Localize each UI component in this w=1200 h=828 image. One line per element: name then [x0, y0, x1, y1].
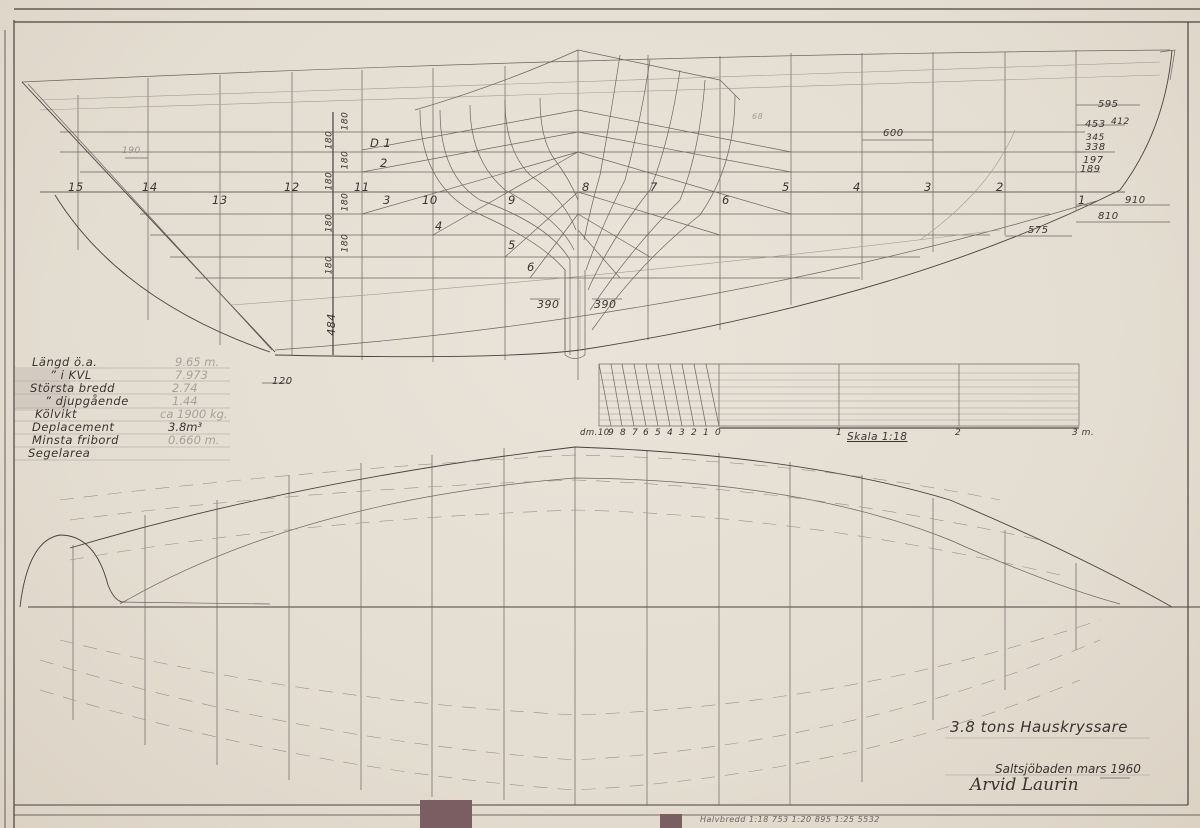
place-date: Saltsjöbaden mars 1960	[995, 762, 1141, 776]
dim-575: 575	[1028, 225, 1049, 236]
spec-value: 7.973	[175, 368, 208, 382]
diagonal-label: D 1	[370, 136, 391, 150]
drawing-title: 3.8 tons Hauskryssare	[950, 718, 1128, 736]
offset-453: 453	[1085, 119, 1106, 130]
dim-180: 180	[340, 151, 350, 170]
dim-390-right: 390	[594, 298, 617, 311]
scale-label: 1	[836, 428, 842, 438]
dim-600: 600	[883, 128, 904, 139]
scale-label: 5	[655, 428, 661, 438]
spec-value: 0.660 m.	[168, 433, 219, 447]
binding-tab	[420, 800, 472, 828]
spec-label: Minsta fribord	[32, 433, 119, 447]
station-label: 14	[142, 180, 158, 194]
binding-tab	[660, 814, 682, 828]
dim-810: 810	[1098, 211, 1119, 222]
diagonal-label: 4	[435, 219, 443, 233]
scale-label: 2	[955, 428, 961, 438]
spec-label: Deplacement	[32, 420, 114, 434]
station-label: 3	[924, 180, 932, 194]
scale-bar	[599, 364, 1079, 428]
scale-label: 8	[620, 428, 626, 438]
scale-label-dm10: dm.10	[580, 428, 610, 438]
scale-label: 3 m.	[1072, 428, 1094, 438]
dim-484: 484	[325, 313, 338, 336]
station-label: 1	[1078, 193, 1086, 207]
footer-note: Halvbredd 1:18 753 1:20 895 1:25 5532	[700, 815, 880, 824]
dim-910: 910	[1125, 195, 1146, 206]
offset-412: 412	[1111, 117, 1130, 127]
dim-120: 120	[272, 376, 293, 387]
diagonal-label: 5	[508, 238, 516, 252]
scale-label: 6	[643, 428, 649, 438]
station-label: 12	[284, 180, 300, 194]
faint-note: 68	[752, 112, 763, 121]
offset-338: 338	[1085, 142, 1106, 153]
profile-view	[22, 50, 1175, 383]
dim-180: 180	[324, 214, 334, 233]
station-label: 2	[996, 180, 1004, 194]
station-label: 8	[582, 180, 590, 194]
dim-180: 180	[340, 234, 350, 253]
offset-595: 595	[1098, 99, 1119, 110]
dim-180: 180	[340, 193, 350, 212]
scale-label: 1	[703, 428, 709, 438]
station-label: 7	[650, 180, 658, 194]
spec-value: 2.74	[172, 381, 198, 395]
drawing-sheet: 15 14 13 12 11 10 9 8 7 6 5 4 3 2 1 D 1 …	[0, 0, 1200, 828]
station-label: 6	[722, 193, 730, 207]
dim-180: 180	[324, 131, 334, 150]
dim-390-left: 390	[537, 298, 560, 311]
spec-label: Största bredd	[30, 381, 115, 395]
spec-label: Segelarea	[28, 446, 90, 460]
station-label: 5	[782, 180, 790, 194]
spec-label: ” djupgående	[45, 394, 129, 408]
signature: Arvid Laurin	[970, 775, 1079, 795]
station-label: 9	[508, 193, 516, 207]
station-label: 11	[354, 180, 370, 194]
half-breadth-view	[20, 447, 1200, 805]
scale-label: 7	[632, 428, 638, 438]
scale-ratio-label: Skala 1:18	[847, 431, 907, 443]
diagonal-label: 2	[380, 156, 388, 170]
spec-value: 1.44	[172, 394, 198, 408]
offset-189: 189	[1080, 164, 1101, 175]
scale-label: 9	[608, 428, 614, 438]
dim-180: 180	[324, 256, 334, 275]
scale-label: 2	[691, 428, 697, 438]
spec-value: 9.65 m.	[175, 355, 219, 369]
scale-label: 3	[679, 428, 685, 438]
diagonal-label: 3	[383, 193, 391, 207]
dim-180: 180	[324, 172, 334, 191]
station-label: 15	[68, 180, 84, 194]
spec-label: Kölvikt	[35, 407, 77, 421]
spec-label: Längd ö.a.	[32, 355, 97, 369]
dim-190: 190	[122, 146, 141, 156]
dim-180: 180	[340, 112, 350, 131]
scale-label: 4	[667, 428, 673, 438]
station-label: 10	[422, 193, 438, 207]
scale-label: 0	[715, 428, 721, 438]
diagonal-label: 6	[527, 260, 535, 274]
spec-value: ca 1900 kg.	[160, 407, 228, 421]
spec-value: 3.8m³	[168, 420, 202, 434]
station-label: 13	[212, 193, 228, 207]
station-label: 4	[853, 180, 861, 194]
spec-label: ” i KVL	[50, 368, 92, 382]
